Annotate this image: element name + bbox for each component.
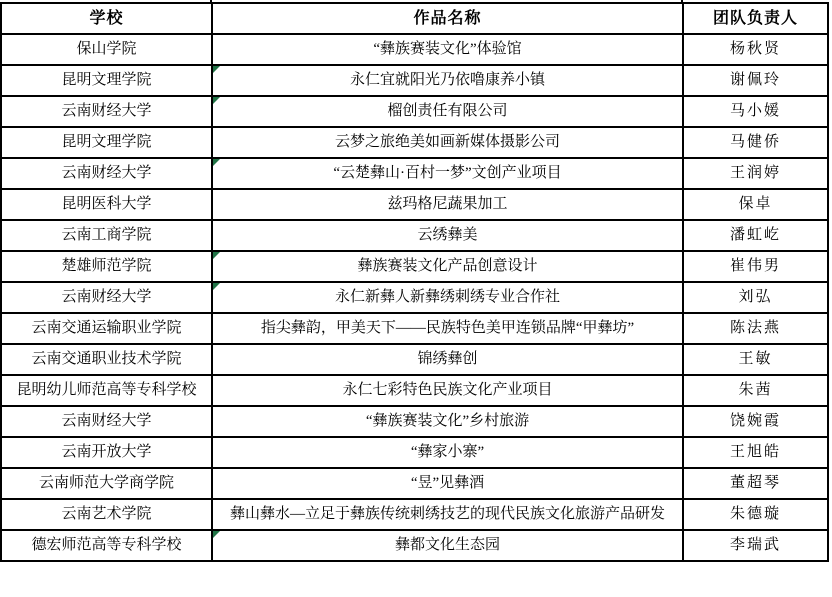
work-cell: 云绣彝美 — [212, 220, 683, 251]
awards-table-container: 学校 作品名称 团队负责人 保山学院 “彝族赛装文化”体验馆 杨秋贤 昆明文理学… — [0, 2, 829, 562]
work-cell: 彝族赛装文化产品创意设计 — [212, 251, 683, 282]
column-header-school: 学校 — [1, 3, 212, 34]
school-cell: 云南艺术学院 — [1, 499, 212, 530]
table-row: 昆明幼儿师范高等专科学校 永仁七彩特色民族文化产业项目 朱茜 — [1, 375, 828, 406]
error-indicator-icon — [213, 283, 220, 290]
school-cell: 云南交通职业技术学院 — [1, 344, 212, 375]
error-indicator-icon — [213, 159, 220, 166]
table-row: 云南工商学院 云绣彝美 潘虹屹 — [1, 220, 828, 251]
column-header-work: 作品名称 — [212, 3, 683, 34]
table-row: 云南交通职业技术学院 锦绣彝创 王敏 — [1, 344, 828, 375]
work-cell: 永仁新彝人新彝绣刺绣专业合作社 — [212, 282, 683, 313]
work-cell: “云楚彝山·百村一梦”文创产业项目 — [212, 158, 683, 189]
school-cell: 昆明医科大学 — [1, 189, 212, 220]
leader-cell: 王旭皓 — [683, 437, 828, 468]
table-row: 云南财经大学 榴创责任有限公司 马小媛 — [1, 96, 828, 127]
school-cell: 保山学院 — [1, 34, 212, 65]
school-cell: 云南师范大学商学院 — [1, 468, 212, 499]
work-cell: 兹玛格尼蔬果加工 — [212, 189, 683, 220]
table-row: 保山学院 “彝族赛装文化”体验馆 杨秋贤 — [1, 34, 828, 65]
leader-cell: 刘弘 — [683, 282, 828, 313]
table-row: 云南开放大学 “彝家小寨” 王旭皓 — [1, 437, 828, 468]
table-row: 昆明文理学院 云梦之旅绝美如画新媒体摄影公司 马健侨 — [1, 127, 828, 158]
error-indicator-icon — [213, 97, 220, 104]
work-cell: “彝族赛装文化”乡村旅游 — [212, 406, 683, 437]
school-cell: 云南财经大学 — [1, 96, 212, 127]
work-cell: 榴创责任有限公司 — [212, 96, 683, 127]
school-cell: 云南交通运输职业学院 — [1, 313, 212, 344]
table-row: 云南交通运输职业学院 指尖彝韵，甲美天下——民族特色美甲连锁品牌“甲彝坊” 陈法… — [1, 313, 828, 344]
column-header-leader: 团队负责人 — [683, 3, 828, 34]
leader-cell: 饶婉霞 — [683, 406, 828, 437]
page: { "page": { "background_color": "#ffffff… — [0, 0, 832, 597]
leader-cell: 朱德璇 — [683, 499, 828, 530]
school-cell: 昆明文理学院 — [1, 65, 212, 96]
school-cell: 楚雄师范学院 — [1, 251, 212, 282]
work-cell: 云梦之旅绝美如画新媒体摄影公司 — [212, 127, 683, 158]
school-cell: 德宏师范高等专科学校 — [1, 530, 212, 561]
error-indicator-icon — [213, 531, 220, 538]
leader-cell: 李瑞武 — [683, 530, 828, 561]
header-row: 学校 作品名称 团队负责人 — [1, 3, 828, 34]
leader-cell: 保卓 — [683, 189, 828, 220]
school-cell: 云南财经大学 — [1, 406, 212, 437]
school-cell: 云南开放大学 — [1, 437, 212, 468]
work-cell: 永仁宜就阳光乃依噜康养小镇 — [212, 65, 683, 96]
leader-cell: 杨秋贤 — [683, 34, 828, 65]
leader-cell: 王润婷 — [683, 158, 828, 189]
leader-cell: 谢佩玲 — [683, 65, 828, 96]
leader-cell: 王敏 — [683, 344, 828, 375]
school-cell: 昆明幼儿师范高等专科学校 — [1, 375, 212, 406]
leader-cell: 潘虹屹 — [683, 220, 828, 251]
work-cell: “彝家小寨” — [212, 437, 683, 468]
leader-cell: 马小媛 — [683, 96, 828, 127]
work-cell: 彝都文化生态园 — [212, 530, 683, 561]
leader-cell: 崔伟男 — [683, 251, 828, 282]
leader-cell: 朱茜 — [683, 375, 828, 406]
work-cell: “昱”见彝酒 — [212, 468, 683, 499]
error-indicator-icon — [213, 66, 220, 73]
work-cell: 指尖彝韵，甲美天下——民族特色美甲连锁品牌“甲彝坊” — [212, 313, 683, 344]
table-row: 德宏师范高等专科学校 彝都文化生态园 李瑞武 — [1, 530, 828, 561]
table-row: 昆明文理学院 永仁宜就阳光乃依噜康养小镇 谢佩玲 — [1, 65, 828, 96]
school-cell: 昆明文理学院 — [1, 127, 212, 158]
work-cell: 锦绣彝创 — [212, 344, 683, 375]
table-row: 云南艺术学院 彝山彝水—立足于彝族传统刺绣技艺的现代民族文化旅游产品研发 朱德璇 — [1, 499, 828, 530]
table-row: 云南财经大学 “彝族赛装文化”乡村旅游 饶婉霞 — [1, 406, 828, 437]
school-cell: 云南工商学院 — [1, 220, 212, 251]
leader-cell: 董超琴 — [683, 468, 828, 499]
work-cell: 永仁七彩特色民族文化产业项目 — [212, 375, 683, 406]
error-indicator-icon — [213, 252, 220, 259]
leader-cell: 陈法燕 — [683, 313, 828, 344]
table-row: 楚雄师范学院 彝族赛装文化产品创意设计 崔伟男 — [1, 251, 828, 282]
leader-cell: 马健侨 — [683, 127, 828, 158]
school-cell: 云南财经大学 — [1, 158, 212, 189]
table-row: 云南财经大学 永仁新彝人新彝绣刺绣专业合作社 刘弘 — [1, 282, 828, 313]
school-cell: 云南财经大学 — [1, 282, 212, 313]
work-cell: 彝山彝水—立足于彝族传统刺绣技艺的现代民族文化旅游产品研发 — [212, 499, 683, 530]
awards-table: 学校 作品名称 团队负责人 保山学院 “彝族赛装文化”体验馆 杨秋贤 昆明文理学… — [0, 2, 829, 562]
table-row: 云南财经大学 “云楚彝山·百村一梦”文创产业项目 王润婷 — [1, 158, 828, 189]
table-row: 昆明医科大学 兹玛格尼蔬果加工 保卓 — [1, 189, 828, 220]
table-row: 云南师范大学商学院 “昱”见彝酒 董超琴 — [1, 468, 828, 499]
work-cell: “彝族赛装文化”体验馆 — [212, 34, 683, 65]
